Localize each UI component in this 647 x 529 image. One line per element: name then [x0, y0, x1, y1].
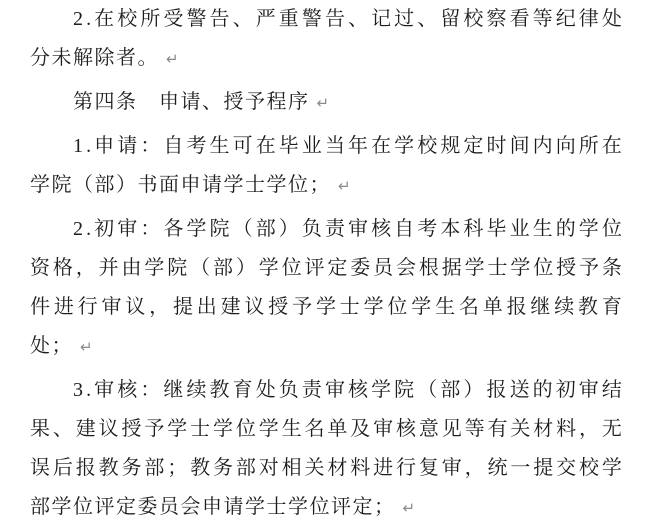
text-char: 毕: [486, 210, 506, 249]
text-char: 学: [167, 410, 187, 449]
text-char: 关: [510, 410, 530, 449]
text-char: 进: [373, 449, 393, 488]
text-char: 予: [144, 410, 164, 449]
text-char: 行: [396, 449, 416, 488]
text-char: 部: [213, 249, 233, 288]
text-char: 位: [282, 249, 302, 288]
text-char: 、: [53, 410, 73, 449]
text-char: 部: [236, 449, 256, 488]
text-char: 并: [99, 249, 119, 288]
text-char: 交: [556, 449, 576, 488]
text-char: 位: [602, 210, 622, 249]
paragraph-disciplinary-clause: 2.在校所受警告、严重警告、记过、留校察看等纪律处分未解除者。↵: [30, 0, 622, 78]
text-char: 授: [268, 288, 288, 327]
text-char: 处: [256, 371, 276, 410]
text-char: 院: [394, 371, 414, 410]
text-char: 学: [371, 371, 391, 410]
text-char: 教: [210, 371, 230, 410]
text-char: 误: [30, 449, 50, 488]
text-char: 审: [373, 410, 393, 449]
text-char: 定: [327, 249, 347, 288]
text-char: ）: [463, 371, 483, 410]
text-char: 料: [556, 410, 576, 449]
text-char: 位: [533, 249, 553, 288]
text-char: 告: [325, 0, 345, 39]
text-char: 学: [186, 210, 206, 249]
text-char: 复: [419, 449, 439, 488]
text-char: 核: [396, 410, 416, 449]
text-char: 看: [510, 0, 530, 39]
text-char: 单: [327, 410, 347, 449]
text-char: 予: [292, 288, 312, 327]
text-char: 告: [210, 0, 230, 39]
text-char: 本: [440, 210, 460, 249]
text-char: 格: [53, 249, 73, 288]
paragraph-step-2-initial-review: 2.初审：各学院（部）负责审核自考本科毕业生的学位资格，并由学院（部）学位评定委…: [30, 210, 622, 366]
text-line: 处；↵: [30, 327, 622, 366]
text-char: 教: [99, 449, 119, 488]
text-char: （: [190, 249, 210, 288]
text-char: 士: [340, 288, 360, 327]
text-char: 、: [233, 0, 253, 39]
text-char: 由: [122, 249, 142, 288]
text-char: 各: [163, 210, 183, 249]
heading-article-4: 第四条 申请、授予程序↵: [30, 83, 622, 122]
text-char: 3: [73, 371, 83, 410]
text-char: 教: [578, 288, 598, 327]
text-char: 定: [463, 127, 483, 166]
text-char: 学: [510, 249, 530, 288]
text-char: .: [86, 371, 91, 410]
text-char: 条: [602, 249, 622, 288]
text-line: 资格，并由学院（部）学位评定委员会根据学士学位授予条: [30, 249, 622, 288]
text-char: 务: [122, 449, 142, 488]
text-char: 内: [533, 127, 553, 166]
text-char: （: [233, 210, 253, 249]
text-char: 自: [394, 210, 414, 249]
text-char: 生: [210, 127, 230, 166]
text-char: 学: [316, 288, 336, 327]
text-char: 考: [417, 210, 437, 249]
text-char: 纪: [556, 0, 576, 39]
text-char: 部: [256, 210, 276, 249]
paragraph-step-3-verification: 3.审核：继续教育处负责审核学院（部）报送的初审结果、建议授予学士学位学生名单及…: [30, 371, 622, 527]
pilcrow-return-mark-icon: ↵: [403, 499, 416, 517]
text-char: 过: [394, 0, 414, 39]
text-char: 议: [125, 288, 145, 327]
document-page: 2.在校所受警告、严重警告、记过、留校察看等纪律处分未解除者。↵第四条 申请、授…: [0, 0, 647, 529]
text-char: 继: [163, 371, 183, 410]
text-char: 学: [411, 288, 431, 327]
text-char: 审: [94, 371, 114, 410]
text-char: 学: [465, 249, 485, 288]
text-char: 后: [53, 449, 73, 488]
text-char: 校: [417, 127, 437, 166]
pilcrow-return-mark-icon: ↵: [80, 338, 93, 356]
text-char: ，: [76, 249, 96, 288]
text-line: 2.在校所受警告、严重警告、记过、留校察看等纪律处: [30, 0, 622, 39]
paragraph-step-1-application: 1.申请：自考生可在毕业当年在学校规定时间内向所在学院（部）书面申请学士学位；↵: [30, 127, 622, 205]
text-char: 间: [510, 127, 530, 166]
text-char: 意: [419, 410, 439, 449]
text-char: 学: [394, 127, 414, 166]
text-char: 所: [140, 0, 160, 39]
text-char: 考: [186, 127, 206, 166]
text-char: 的: [533, 371, 553, 410]
text-char: 教: [190, 449, 210, 488]
text-char: 学: [213, 410, 233, 449]
text-char: 业: [302, 127, 322, 166]
text-char: 位: [387, 288, 407, 327]
text-char: 责: [302, 371, 322, 410]
text-char: 对: [259, 449, 279, 488]
pilcrow-return-mark-icon: ↵: [317, 94, 330, 112]
text-char: 资: [30, 249, 50, 288]
text-char: ，: [579, 410, 599, 449]
text-char: 律: [579, 0, 599, 39]
text-char: 一: [510, 449, 530, 488]
text-char: 所: [579, 127, 599, 166]
text-char: 在: [602, 127, 622, 166]
text-char: 提: [173, 288, 193, 327]
text-char: ；: [167, 449, 187, 488]
text-char: 受: [163, 0, 183, 39]
text-char: 部: [440, 371, 460, 410]
text-char: 士: [190, 410, 210, 449]
text-char: 向: [556, 127, 576, 166]
text-char: 在: [256, 127, 276, 166]
text-char: 议: [244, 288, 264, 327]
text-char: 留: [440, 0, 460, 39]
text-char: 校: [117, 0, 137, 39]
text-char: ，: [149, 288, 169, 327]
text-char: 警: [186, 0, 206, 39]
text-line: 分未解除者。↵: [30, 39, 622, 78]
text-char: 委: [350, 249, 370, 288]
text-char: 果: [30, 410, 50, 449]
text-line: 误后报教务部；教务部对相关材料进行复审，统一提交校学: [30, 449, 622, 488]
text-char: ）: [236, 249, 256, 288]
text-run: 学院（部）书面申请学士学位；: [30, 174, 331, 196]
text-char: 报: [76, 449, 96, 488]
text-char: ）: [279, 210, 299, 249]
text-char: 科: [463, 210, 483, 249]
text-char: 继: [530, 288, 550, 327]
text-char: 重: [279, 0, 299, 39]
text-char: 学: [602, 449, 622, 488]
text-char: 、: [417, 0, 437, 39]
text-char: 关: [305, 449, 325, 488]
text-char: 会: [396, 249, 416, 288]
text-run: 第四条 申请、授予程序: [73, 91, 310, 113]
text-char: 建: [221, 288, 241, 327]
text-line: 1.申请：自考生可在毕业当年在学校规定时间内向所在: [30, 127, 622, 166]
text-char: 学: [579, 210, 599, 249]
text-char: 育: [602, 288, 622, 327]
text-char: 送: [510, 371, 530, 410]
text-char: 2: [73, 210, 83, 249]
text-char: 见: [442, 410, 462, 449]
text-char: 核: [371, 210, 391, 249]
text-char: 提: [533, 449, 553, 488]
text-line: 件进行审议，提出建议授予学士学位学生名单报继续教育: [30, 288, 622, 327]
text-char: 议: [99, 410, 119, 449]
text-char: 严: [256, 0, 276, 39]
text-char: 料: [350, 449, 370, 488]
text-char: 学: [144, 249, 164, 288]
text-char: ：: [140, 210, 160, 249]
text-char: 部: [144, 449, 164, 488]
text-char: 审: [579, 371, 599, 410]
text-line: 3.审核：继续教育处负责审核学院（部）报送的初审结: [30, 371, 622, 410]
text-run: 部学位评定委员会申请学士学位评定；: [30, 496, 396, 518]
text-char: 审: [325, 371, 345, 410]
text-line: 2.初审：各学院（部）负责审核自考本科毕业生的学位: [30, 210, 622, 249]
text-char: ，: [465, 449, 485, 488]
text-line: 果、建议授予学士学位学生名单及审核意见等有关材料，无: [30, 410, 622, 449]
text-char: 毕: [279, 127, 299, 166]
text-char: 员: [373, 249, 393, 288]
text-char: 察: [486, 0, 506, 39]
text-char: .: [86, 0, 91, 39]
text-char: 年: [348, 127, 368, 166]
text-char: 自: [163, 127, 183, 166]
text-char: 院: [167, 249, 187, 288]
text-char: 在: [371, 127, 391, 166]
text-char: 材: [327, 449, 347, 488]
text-char: 申: [94, 127, 114, 166]
text-char: 的: [556, 210, 576, 249]
text-char: 学: [259, 410, 279, 449]
text-char: 初: [94, 210, 114, 249]
text-char: 初: [556, 371, 576, 410]
text-char: 2: [73, 0, 83, 39]
text-char: 报: [486, 371, 506, 410]
text-char: 校: [579, 449, 599, 488]
text-char: ：: [140, 371, 160, 410]
text-char: 责: [325, 210, 345, 249]
text-char: 校: [463, 0, 483, 39]
text-line: 部学位评定委员会申请学士学位评定；↵: [30, 488, 622, 527]
text-char: 核: [117, 371, 137, 410]
text-char: 建: [76, 410, 96, 449]
text-char: 负: [302, 210, 322, 249]
text-char: 出: [197, 288, 217, 327]
text-char: 审: [348, 210, 368, 249]
text-char: 生: [435, 288, 455, 327]
text-char: .: [86, 210, 91, 249]
text-char: 名: [459, 288, 479, 327]
pilcrow-return-mark-icon: ↵: [338, 177, 351, 195]
text-line: 第四条 申请、授予程序↵: [30, 83, 622, 122]
text-char: 及: [350, 410, 370, 449]
text-char: .: [86, 127, 91, 166]
text-char: 生: [533, 210, 553, 249]
text-char: 续: [554, 288, 574, 327]
text-char: 评: [305, 249, 325, 288]
text-char: 在: [94, 0, 114, 39]
text-char: 续: [186, 371, 206, 410]
text-char: 、: [348, 0, 368, 39]
text-char: 行: [78, 288, 98, 327]
text-char: 生: [282, 410, 302, 449]
text-char: 处: [602, 0, 622, 39]
pilcrow-return-mark-icon: ↵: [166, 50, 179, 68]
text-char: 士: [488, 249, 508, 288]
text-char: 可: [233, 127, 253, 166]
text-char: （: [417, 371, 437, 410]
text-char: 进: [54, 288, 74, 327]
text-char: 授: [122, 410, 142, 449]
text-char: 1: [73, 127, 83, 166]
text-char: 学: [259, 249, 279, 288]
text-char: 单: [483, 288, 503, 327]
text-char: 时: [486, 127, 506, 166]
text-char: 警: [302, 0, 322, 39]
text-char: ：: [140, 127, 160, 166]
text-char: 核: [348, 371, 368, 410]
document-body: 2.在校所受警告、严重警告、记过、留校察看等纪律处分未解除者。↵第四条 申请、授…: [30, 0, 622, 527]
text-char: 育: [233, 371, 253, 410]
text-char: 规: [440, 127, 460, 166]
text-run: 分未解除者。: [30, 47, 159, 69]
text-char: 位: [236, 410, 256, 449]
text-char: 审: [117, 210, 137, 249]
text-char: 无: [602, 410, 622, 449]
text-char: 据: [442, 249, 462, 288]
text-char: 学: [364, 288, 384, 327]
text-char: 授: [556, 249, 576, 288]
text-char: 结: [602, 371, 622, 410]
text-char: 相: [282, 449, 302, 488]
text-char: 负: [279, 371, 299, 410]
text-char: 件: [30, 288, 50, 327]
text-char: 统: [488, 449, 508, 488]
text-char: 请: [117, 127, 137, 166]
text-char: 审: [442, 449, 462, 488]
text-char: 等: [465, 410, 485, 449]
text-char: 业: [510, 210, 530, 249]
text-char: 院: [210, 210, 230, 249]
text-char: 务: [213, 449, 233, 488]
text-char: 予: [579, 249, 599, 288]
text-char: 有: [488, 410, 508, 449]
text-char: 根: [419, 249, 439, 288]
text-char: 材: [533, 410, 553, 449]
text-char: 记: [371, 0, 391, 39]
text-char: 报: [507, 288, 527, 327]
text-char: 名: [305, 410, 325, 449]
text-char: 审: [101, 288, 121, 327]
text-run: 处；: [30, 335, 73, 357]
text-char: 当: [325, 127, 345, 166]
text-line: 学院（部）书面申请学士学位；↵: [30, 166, 622, 205]
text-char: 等: [533, 0, 553, 39]
